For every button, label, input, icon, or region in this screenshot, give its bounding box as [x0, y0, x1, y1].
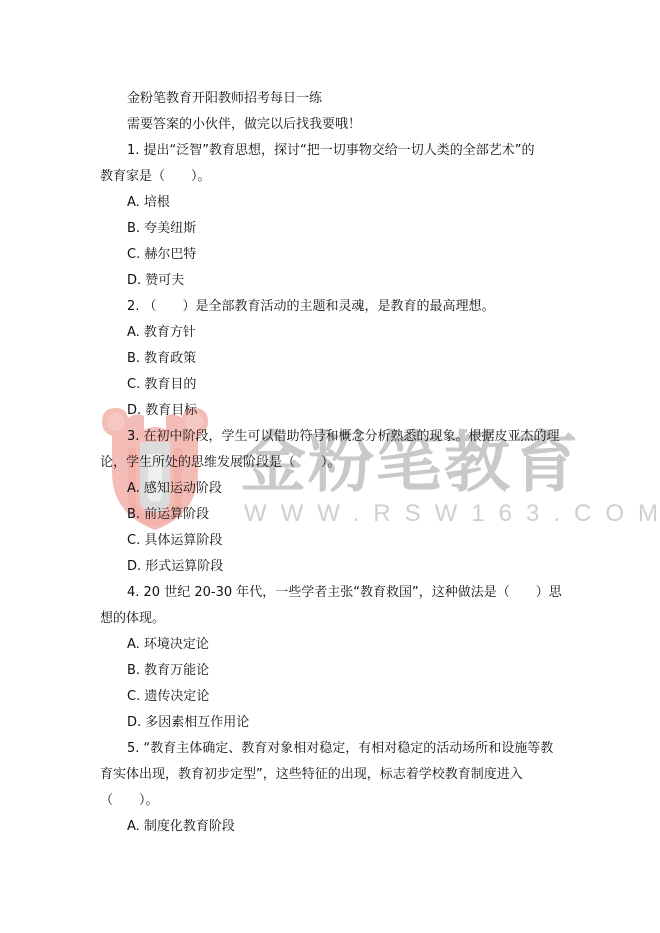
- option-c: C. 赫尔巴特: [100, 242, 562, 268]
- option-b: B. 前运算阶段: [100, 502, 562, 528]
- question-stem-line: 1. 提出“泛智”教育思想，探讨“把一切事物交给一切人类的全部艺术”的: [100, 138, 562, 164]
- option-b: B. 教育政策: [100, 346, 562, 372]
- question-5: 5. “教育主体确定、教育对象相对稳定，有相对稳定的活动场所和设施等教 育实体出…: [100, 736, 562, 840]
- option-d: D. 教育目标: [100, 398, 562, 424]
- option-a: A. 感知运动阶段: [100, 476, 562, 502]
- question-stem-line: 想的体现。: [100, 606, 562, 632]
- question-stem-line: 3. 在初中阶段，学生可以借助符号和概念分析熟悉的现象。根据皮亚杰的理: [100, 424, 562, 450]
- option-a: A. 环境决定论: [100, 632, 562, 658]
- question-stem-line: 5. “教育主体确定、教育对象相对稳定，有相对稳定的活动场所和设施等教: [100, 736, 562, 762]
- question-stem-line: 教育家是（ ）。: [100, 164, 562, 190]
- option-d: D. 赞可夫: [100, 268, 562, 294]
- question-stem-line: 论，学生所处的思维发展阶段是（ ）。: [100, 450, 562, 476]
- option-b: B. 教育万能论: [100, 658, 562, 684]
- question-stem-line: 育实体出现，教育初步定型”，这些特征的出现，标志着学校教育制度进入: [100, 762, 562, 788]
- question-2: 2. （ ）是全部教育活动的主题和灵魂，是教育的最高理想。 A. 教育方针 B.…: [100, 294, 562, 424]
- question-stem-line: 2. （ ）是全部教育活动的主题和灵魂，是教育的最高理想。: [100, 294, 562, 320]
- question-stem-line: 4. 20 世纪 20-30 年代，一些学者主张“教育救国”，这种做法是（ ）思: [100, 580, 562, 606]
- option-d: D. 形式运算阶段: [100, 554, 562, 580]
- option-a: A. 教育方针: [100, 320, 562, 346]
- option-a: A. 制度化教育阶段: [100, 814, 562, 840]
- document-content: 金粉笔教育开阳教师招考每日一练 需要答案的小伙伴，做完以后找我要哦！ 1. 提出…: [100, 86, 562, 840]
- question-1: 1. 提出“泛智”教育思想，探讨“把一切事物交给一切人类的全部艺术”的 教育家是…: [100, 138, 562, 294]
- option-d: D. 多因素相互作用论: [100, 710, 562, 736]
- question-3: 3. 在初中阶段，学生可以借助符号和概念分析熟悉的现象。根据皮亚杰的理 论，学生…: [100, 424, 562, 580]
- document-page: 金粉笔教育 WWW.RSW163.COM 金粉笔教育开阳教师招考每日一练 需要答…: [0, 0, 660, 933]
- document-title: 金粉笔教育开阳教师招考每日一练: [100, 86, 562, 112]
- option-a: A. 培根: [100, 190, 562, 216]
- question-4: 4. 20 世纪 20-30 年代，一些学者主张“教育救国”，这种做法是（ ）思…: [100, 580, 562, 736]
- intro-text: 需要答案的小伙伴，做完以后找我要哦！: [100, 112, 562, 138]
- question-stem-line: （ ）。: [100, 788, 562, 814]
- option-b: B. 夸美纽斯: [100, 216, 562, 242]
- option-c: C. 具体运算阶段: [100, 528, 562, 554]
- option-c: C. 遗传决定论: [100, 684, 562, 710]
- option-c: C. 教育目的: [100, 372, 562, 398]
